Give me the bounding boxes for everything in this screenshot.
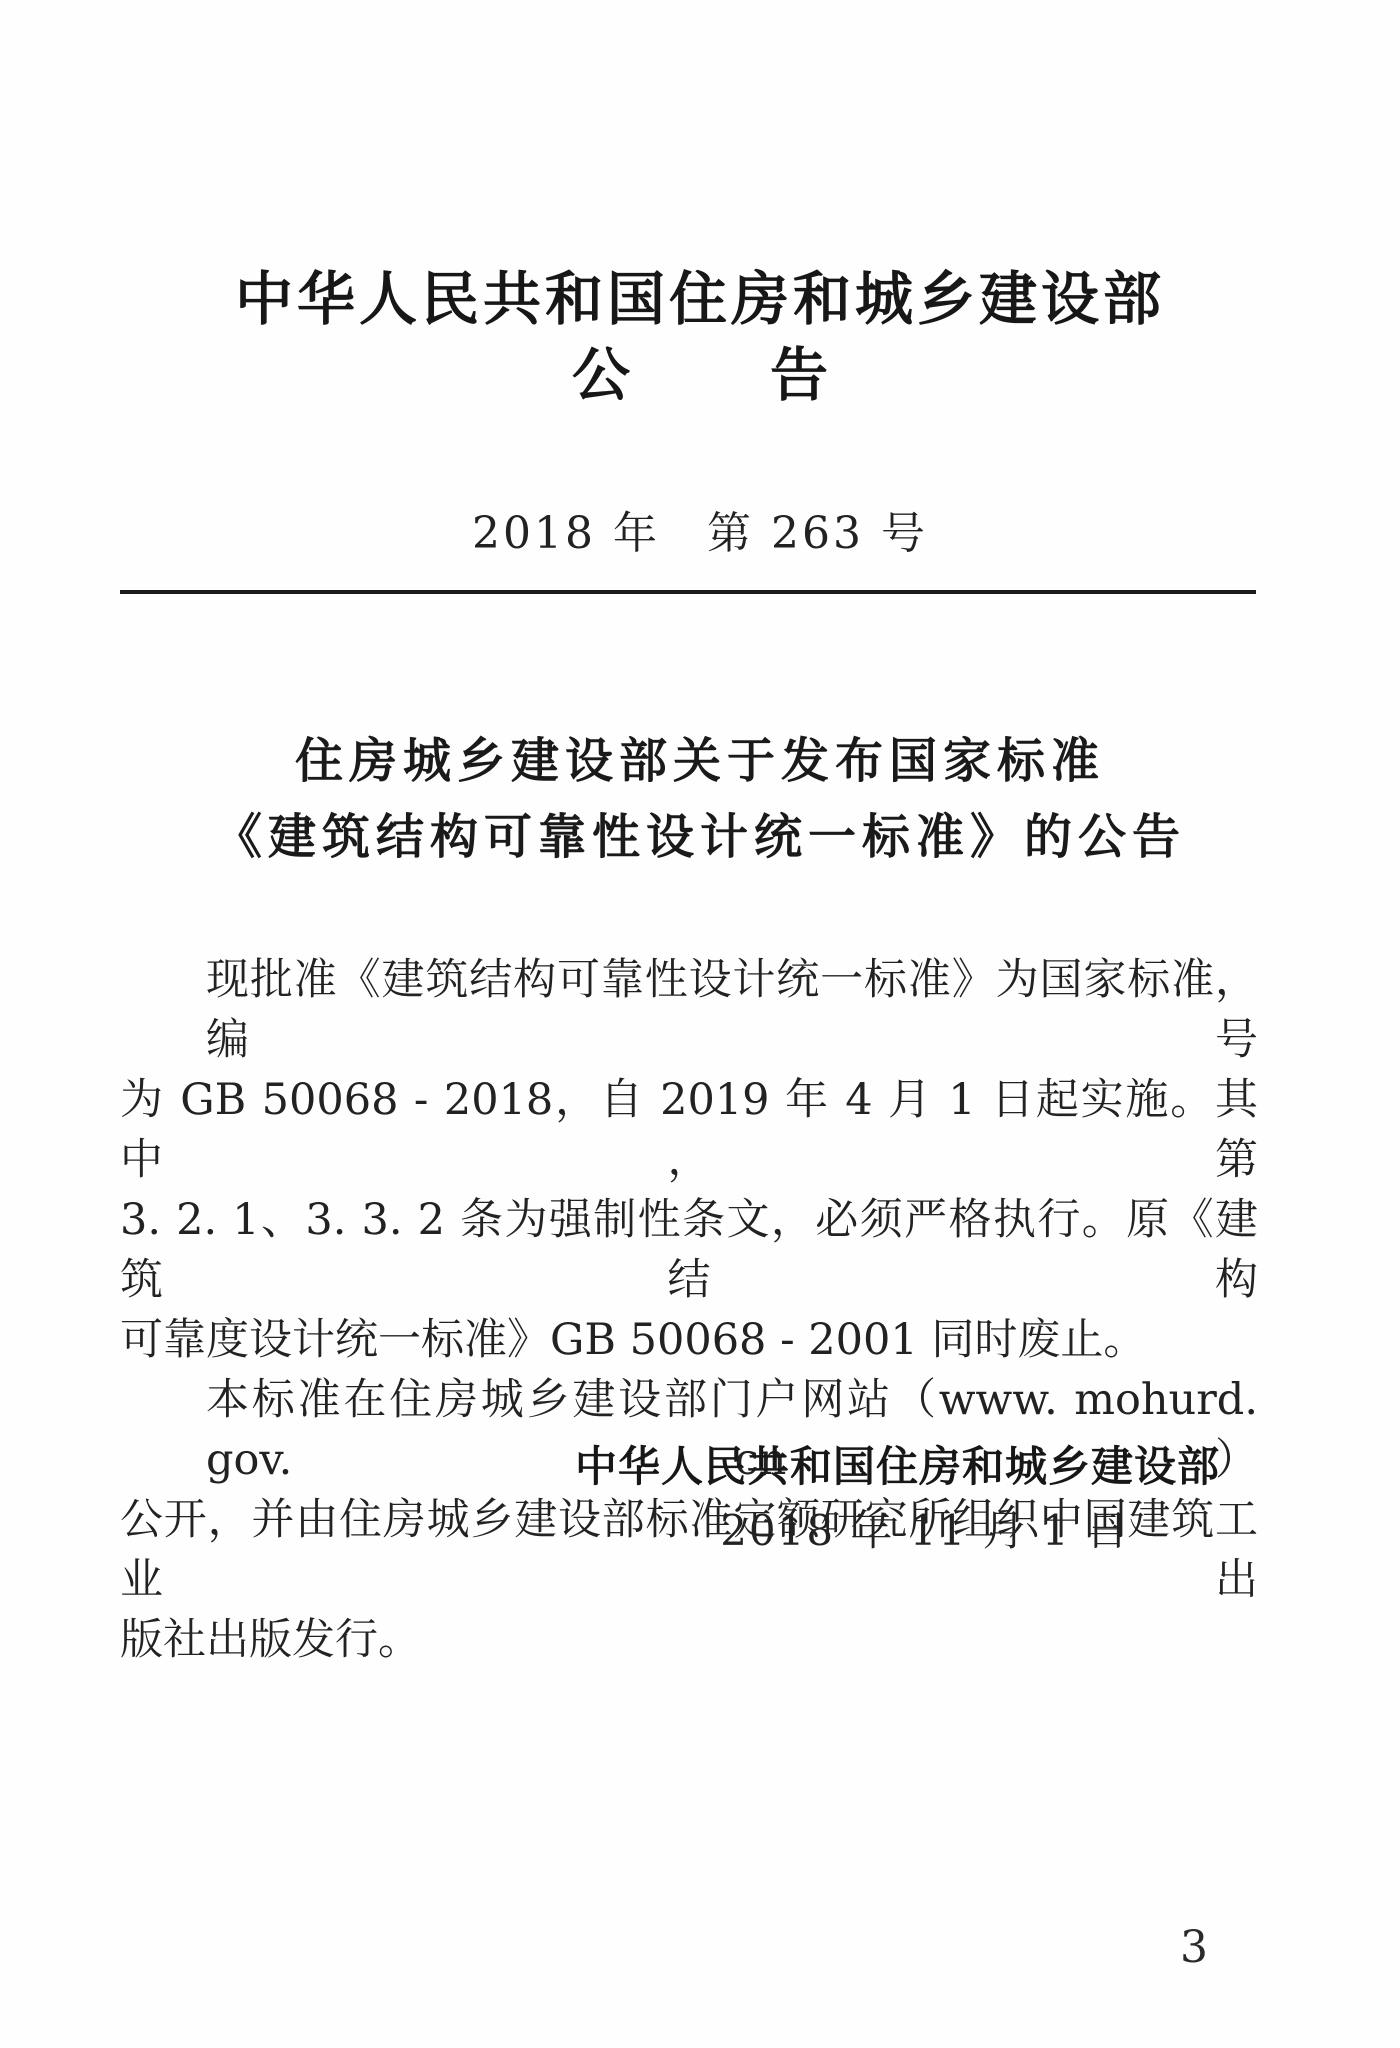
body-line: 可靠度设计统一标准》GB 50068 - 2001 同时废止。 bbox=[120, 1310, 1258, 1370]
notice-title-line2: 《建筑结构可靠性设计统一标准》的公告 bbox=[0, 798, 1400, 867]
announcement-word: 公 告 bbox=[0, 328, 1400, 412]
notice-body: 现批准《建筑结构可靠性设计统一标准》为国家标准，编号 为 GB 50068 - … bbox=[120, 950, 1258, 1670]
notice-title-line1: 住房城乡建设部关于发布国家标准 bbox=[0, 722, 1400, 791]
page-number: 3 bbox=[1180, 1922, 1208, 1973]
signature-date: 2018 年 11 月 1 日 bbox=[120, 1498, 1258, 1558]
body-line: 3. 2. 1、3. 3. 2 条为强制性条文，必须严格执行。原《建筑结构 bbox=[120, 1190, 1258, 1310]
announcement-word-left: 公 bbox=[572, 328, 630, 412]
scanned-document-page: 中华人民共和国住房和城乡建设部 公 告 2018 年 第 263 号 住房城乡建… bbox=[0, 0, 1400, 2048]
ministry-title: 中华人民共和国住房和城乡建设部 bbox=[0, 252, 1400, 336]
issue-number: 2018 年 第 263 号 bbox=[0, 497, 1400, 561]
signature-issuer: 中华人民共和国住房和城乡建设部 bbox=[120, 1434, 1258, 1494]
body-line: 为 GB 50068 - 2018，自 2019 年 4 月 1 日起实施。其中… bbox=[120, 1070, 1258, 1190]
divider-rule bbox=[120, 590, 1256, 594]
body-line: 现批准《建筑结构可靠性设计统一标准》为国家标准，编号 bbox=[120, 950, 1258, 1070]
body-line: 版社出版发行。 bbox=[120, 1610, 1258, 1670]
announcement-word-right: 告 bbox=[770, 328, 828, 412]
